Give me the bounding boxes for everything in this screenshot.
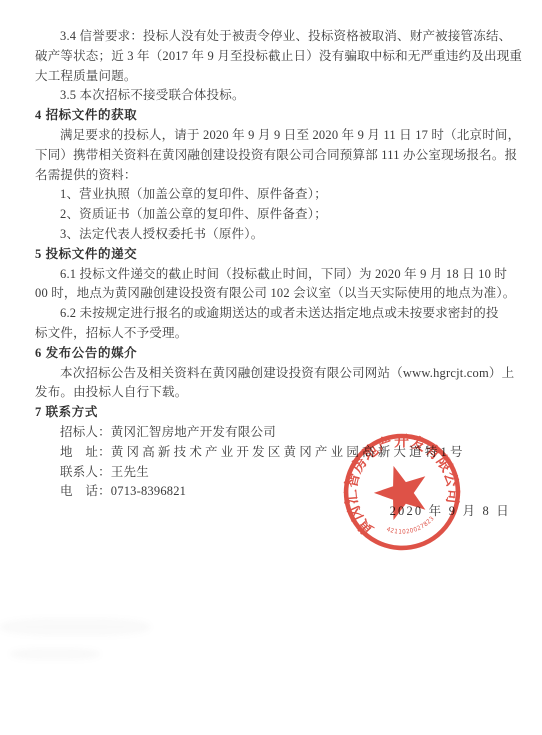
clause-6-1-line-2: 00 时，地点为黄冈融创建设投资有限公司 102 会议室（以当天实际使用的地点为… (35, 284, 505, 304)
clause-3-4-line-1: 3.4 信誉要求：投标人没有处于被责令停业、投标资格被取消、财产被接管冻结、 (35, 27, 505, 47)
clause-3-5: 3.5 本次招标不接受联合体投标。 (35, 86, 505, 106)
section-4-heading: 4 招标文件的获取 (35, 106, 505, 126)
document-body: 3.4 信誉要求：投标人没有处于被责令停业、投标资格被取消、财产被接管冻结、破产… (35, 27, 505, 522)
doc-text-segment: 黄冈高新技术产业开发区黄冈产业园高新大道特1号 (111, 445, 466, 459)
required-doc-3: 3、法定代表人授权委托书（原件）。 (35, 225, 505, 245)
section-5-heading: 5 投标文件的递交 (35, 245, 505, 265)
clause-6-2-line-2: 标文件，招标人不予受理。 (35, 324, 505, 344)
contact-bidder: 招标人：黄冈汇智房地产开发有限公司 (35, 423, 505, 443)
section-4-para-line-3: 名需提供的资料： (35, 166, 505, 186)
section-6-para-line-2: 发布。由投标人自行下载。 (35, 383, 505, 403)
section-6-heading: 6 发布公告的媒介 (35, 344, 505, 364)
section-7-heading: 7 联系方式 (35, 403, 505, 423)
required-doc-2: 2、资质证书（加盖公章的复印件、原件备查）； (35, 205, 505, 225)
announcement-date: 2020 年 9 月 8 日 (35, 502, 511, 522)
section-4-para-line-2: 下同）携带相关资料在黄冈融创建设投资有限公司合同预算部 111 办公室现场报名。… (35, 146, 505, 166)
clause-3-4-line-2: 破产等状态；近 3 年（2017 年 9 月至投标截止日）没有骗取中标和无严重违… (35, 47, 505, 67)
contact-person: 联系人：王先生 (35, 463, 505, 483)
scan-artifact (0, 618, 150, 636)
required-doc-1: 1、营业执照（加盖公章的复印件、原件备查）； (35, 185, 505, 205)
scanned-document-page: 3.4 信誉要求：投标人没有处于被责令停业、投标资格被取消、财产被接管冻结、破产… (0, 0, 542, 735)
section-6-para-line-1: 本次招标公告及相关资料在黄冈融创建设投资有限公司网站（www.hgrcjt.co… (35, 364, 505, 384)
clause-6-2-line-1: 6.2 未按规定进行报名的或逾期送达的或者未送达指定地点或未按要求密封的投 (35, 304, 505, 324)
section-4-para-line-1: 满足要求的投标人，请于 2020 年 9 月 9 日至 2020 年 9 月 1… (35, 126, 505, 146)
contact-address: 地 址：黄冈高新技术产业开发区黄冈产业园高新大道特1号 (35, 443, 505, 463)
contact-phone: 电 话：0713-8396821 (35, 482, 505, 502)
clause-3-4-line-3: 大工程质量问题。 (35, 67, 505, 87)
doc-text-segment: 地 址： (60, 445, 111, 459)
scan-artifact (10, 648, 100, 660)
clause-6-1-line-1: 6.1 投标文件递交的截止时间（投标截止时间，下同）为 2020 年 9 月 1… (35, 265, 505, 285)
